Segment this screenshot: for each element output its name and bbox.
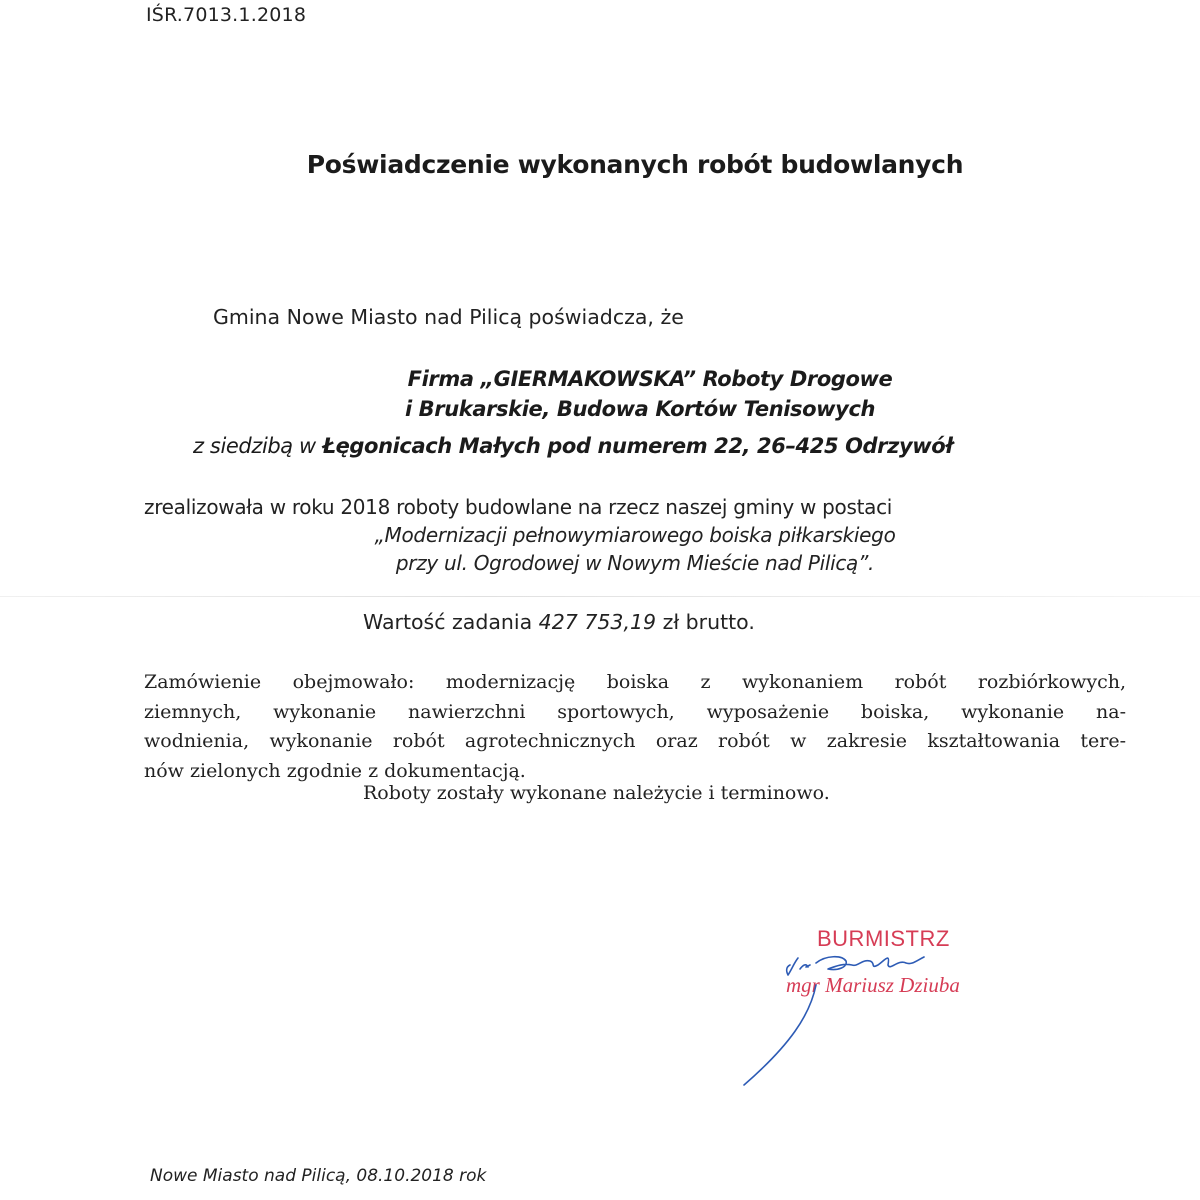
- seat-address: Łęgonicach Małych pod numerem 22, 26–425…: [322, 434, 953, 458]
- scope-line: wodnienia, wykonanie robót agrotechniczn…: [144, 727, 1126, 757]
- firm-name-line-1: Firma „GIERMAKOWSKA” Roboty Drogowe: [50, 367, 1200, 391]
- intro-statement: Gmina Nowe Miasto nad Pilicą poświadcza,…: [213, 305, 684, 329]
- scope-line: Zamówienie obejmowało: modernizację bois…: [144, 668, 1126, 698]
- scope-paragraph: Zamówienie obejmowało: modernizację bois…: [144, 668, 1126, 786]
- handwritten-signature: [730, 945, 990, 1095]
- firm-seat: z siedzibą w Łęgonicach Małych pod numer…: [193, 434, 953, 458]
- document-title: Poświadczenie wykonanych robót budowlany…: [0, 150, 1200, 179]
- realization-statement: zrealizowała w roku 2018 roboty budowlan…: [144, 495, 892, 519]
- paper-fold-line: [0, 596, 1200, 597]
- project-name-line-2: przy ul. Ogrodowej w Nowym Mieście nad P…: [0, 551, 1200, 575]
- value-suffix: zł brutto.: [656, 610, 755, 634]
- value-label: Wartość zadania: [363, 610, 539, 634]
- place-and-date: Nowe Miasto nad Pilicą, 08.10.2018 rok: [150, 1166, 486, 1186]
- project-name-line-1: „Modernizacji pełnowymiarowego boiska pi…: [0, 523, 1200, 547]
- seat-prefix: z siedzibą w: [193, 434, 322, 458]
- value-amount: 427 753,19: [539, 610, 656, 634]
- task-value: Wartość zadania 427 753,19 zł brutto.: [363, 610, 755, 634]
- reference-number: IŚR.7013.1.2018: [146, 4, 306, 26]
- completion-statement: Roboty zostały wykonane należycie i term…: [363, 782, 830, 804]
- firm-name-line-2: i Brukarskie, Budowa Kortów Tenisowych: [40, 397, 1200, 421]
- scope-line: ziemnych, wykonanie nawierzchni sportowy…: [144, 698, 1126, 728]
